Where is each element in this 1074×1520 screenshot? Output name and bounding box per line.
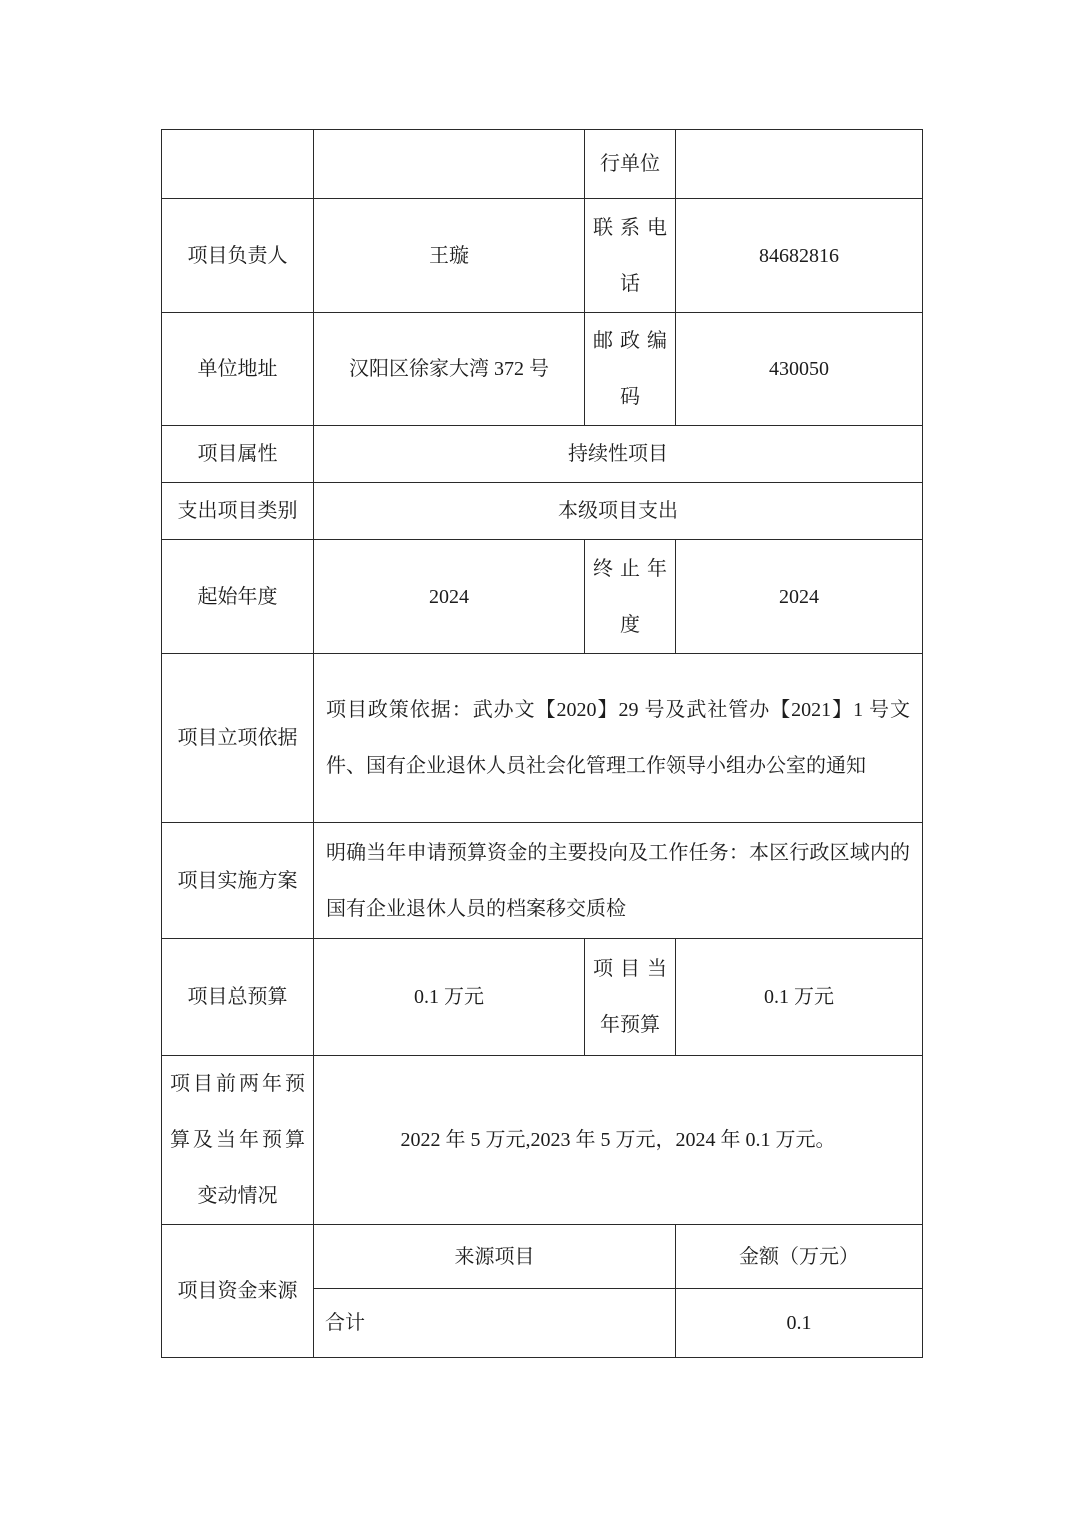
cell-project-basis-value: 项目政策依据：武办文【2020】29 号及武社管办【2021】1 号文件、国有企… bbox=[314, 654, 923, 823]
cell-blank-label bbox=[162, 130, 314, 199]
table-row-unit-address: 单位地址 汉阳区徐家大湾 372 号 邮政编码 430050 bbox=[162, 313, 923, 426]
cell-project-attribute-value: 持续性项目 bbox=[314, 426, 923, 483]
table-row-budget-history: 项目前两年预算及当年预算变动情况 2022 年 5 万元,2023 年 5 万元… bbox=[162, 1056, 923, 1225]
table-row-project-leader: 项目负责人 王璇 联系电话 84682816 bbox=[162, 199, 923, 313]
cell-implementation-plan-label: 项目实施方案 bbox=[162, 823, 314, 939]
cell-start-year-label: 起始年度 bbox=[162, 540, 314, 654]
cell-expense-category-value: 本级项目支出 bbox=[314, 483, 923, 540]
cell-funding-source-column-header: 来源项目 bbox=[314, 1225, 676, 1289]
cell-total-budget-label: 项目总预算 bbox=[162, 939, 314, 1056]
cell-funding-total-amount: 0.1 bbox=[676, 1289, 923, 1358]
cell-end-year-value: 2024 bbox=[676, 540, 923, 654]
cell-expense-category-label: 支出项目类别 bbox=[162, 483, 314, 540]
table-row-years: 起始年度 2024 终止年度 2024 bbox=[162, 540, 923, 654]
cell-contact-phone-label: 联系电话 bbox=[585, 199, 676, 313]
table-row-expense-category: 支出项目类别 本级项目支出 bbox=[162, 483, 923, 540]
document-page: 行单位 项目负责人 王璇 联系电话 84682816 单位地址 汉阳区徐家大湾 … bbox=[0, 0, 1074, 1520]
table-row-project-attribute: 项目属性 持续性项目 bbox=[162, 426, 923, 483]
table-row-project-basis: 项目立项依据 项目政策依据：武办文【2020】29 号及武社管办【2021】1 … bbox=[162, 654, 923, 823]
cell-project-leader-label: 项目负责人 bbox=[162, 199, 314, 313]
table-row-exec-unit: 行单位 bbox=[162, 130, 923, 199]
cell-project-attribute-label: 项目属性 bbox=[162, 426, 314, 483]
cell-end-year-label: 终止年度 bbox=[585, 540, 676, 654]
cell-project-basis-label: 项目立项依据 bbox=[162, 654, 314, 823]
cell-funding-source-label: 项目资金来源 bbox=[162, 1225, 314, 1358]
cell-exec-unit-value bbox=[676, 130, 923, 199]
cell-funding-amount-column-header: 金额（万元） bbox=[676, 1225, 923, 1289]
cell-unit-address-value: 汉阳区徐家大湾 372 号 bbox=[314, 313, 585, 426]
cell-contact-phone-value: 84682816 bbox=[676, 199, 923, 313]
project-info-table: 行单位 项目负责人 王璇 联系电话 84682816 单位地址 汉阳区徐家大湾 … bbox=[161, 129, 923, 1358]
cell-total-budget-value: 0.1 万元 bbox=[314, 939, 585, 1056]
table-row-budget: 项目总预算 0.1 万元 项目当年预算 0.1 万元 bbox=[162, 939, 923, 1056]
cell-budget-history-label: 项目前两年预算及当年预算变动情况 bbox=[162, 1056, 314, 1225]
cell-funding-total-label: 合计 bbox=[314, 1289, 676, 1358]
cell-budget-history-value: 2022 年 5 万元,2023 年 5 万元，2024 年 0.1 万元。 bbox=[314, 1056, 923, 1225]
table-row-funding-header: 项目资金来源 来源项目 金额（万元） bbox=[162, 1225, 923, 1289]
table-row-implementation-plan: 项目实施方案 明确当年申请预算资金的主要投向及工作任务：本区行政区域内的国有企业… bbox=[162, 823, 923, 939]
cell-current-year-budget-label: 项目当年预算 bbox=[585, 939, 676, 1056]
cell-implementation-plan-value: 明确当年申请预算资金的主要投向及工作任务：本区行政区域内的国有企业退休人员的档案… bbox=[314, 823, 923, 939]
cell-exec-unit-label-fragment: 行单位 bbox=[585, 130, 676, 199]
cell-postal-code-label: 邮政编码 bbox=[585, 313, 676, 426]
cell-current-year-budget-value: 0.1 万元 bbox=[676, 939, 923, 1056]
cell-unit-address-label: 单位地址 bbox=[162, 313, 314, 426]
cell-start-year-value: 2024 bbox=[314, 540, 585, 654]
cell-postal-code-value: 430050 bbox=[676, 313, 923, 426]
cell-blank-value bbox=[314, 130, 585, 199]
cell-project-leader-value: 王璇 bbox=[314, 199, 585, 313]
